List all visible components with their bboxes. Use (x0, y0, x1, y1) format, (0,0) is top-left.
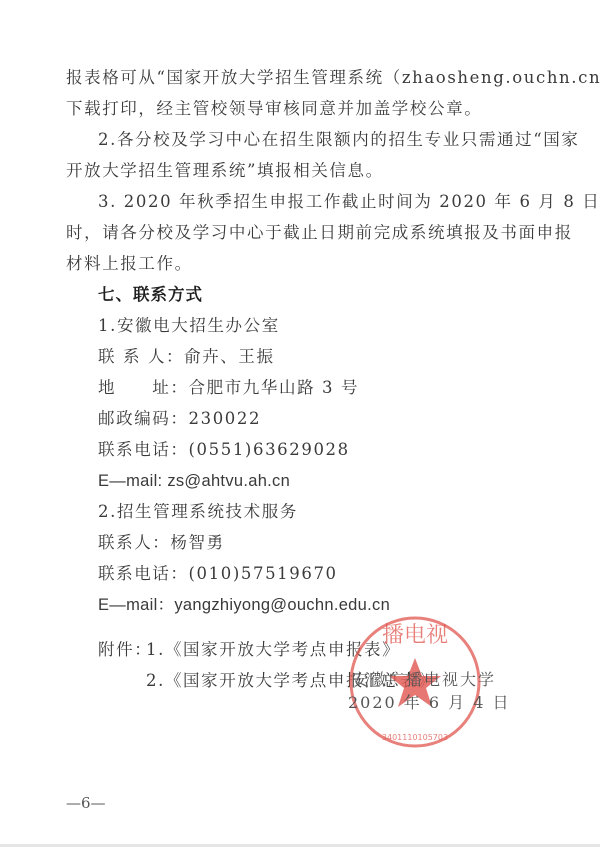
page-number: —6— (66, 794, 106, 812)
signature-date: 2020 年 6 月 4 日 (348, 690, 511, 713)
office1-postcode: 邮政编码：230022 (98, 409, 261, 429)
paragraph-line: 下载打印，经主管校领导审核同意并加盖学校公章。 (66, 99, 482, 119)
attachments-label: 附件： (98, 640, 152, 660)
paragraph-line: 3. 2020 年秋季招生申报工作截止时间为 2020 年 6 月 8 日 16 (98, 192, 600, 212)
paragraph-line: 2.各分校及学习中心在招生限额内的招生专业只需通过“国家 (98, 130, 579, 150)
office2-contact: 联系人：杨智勇 (98, 533, 225, 553)
document-page: 报表格可从“国家开放大学招生管理系统（zhaosheng.ouchn.cn）” … (0, 0, 600, 847)
svg-text:播电视: 播电视 (382, 623, 448, 648)
paragraph-line: 报表格可从“国家开放大学招生管理系统（zhaosheng.ouchn.cn）” (66, 68, 600, 88)
paragraph-line: 开放大学招生管理系统”填报相关信息。 (66, 161, 384, 181)
office1-contact: 联 系 人：俞卉、王振 (98, 347, 275, 367)
svg-text:3401110105703: 3401110105703 (382, 733, 448, 742)
office1-title: 1.安徽电大招生办公室 (98, 316, 280, 336)
signature-org: 安徽广播电视大学 (352, 667, 496, 690)
office1-phone: 联系电话：(0551)63629028 (98, 440, 350, 460)
section-heading: 七、联系方式 (98, 285, 203, 305)
paragraph-line: 时，请各分校及学习中心于截止日期前完成系统填报及书面申报 (66, 223, 573, 243)
paragraph-line: 材料上报工作。 (66, 254, 193, 274)
office1-email: E—mail: zs@ahtvu.ah.cn (98, 471, 290, 491)
office2-title: 2.招生管理系统技术服务 (98, 502, 298, 522)
office1-address: 地 址：合肥市九华山路 3 号 (98, 378, 359, 398)
office2-phone: 联系电话：(010)57519670 (98, 564, 338, 584)
